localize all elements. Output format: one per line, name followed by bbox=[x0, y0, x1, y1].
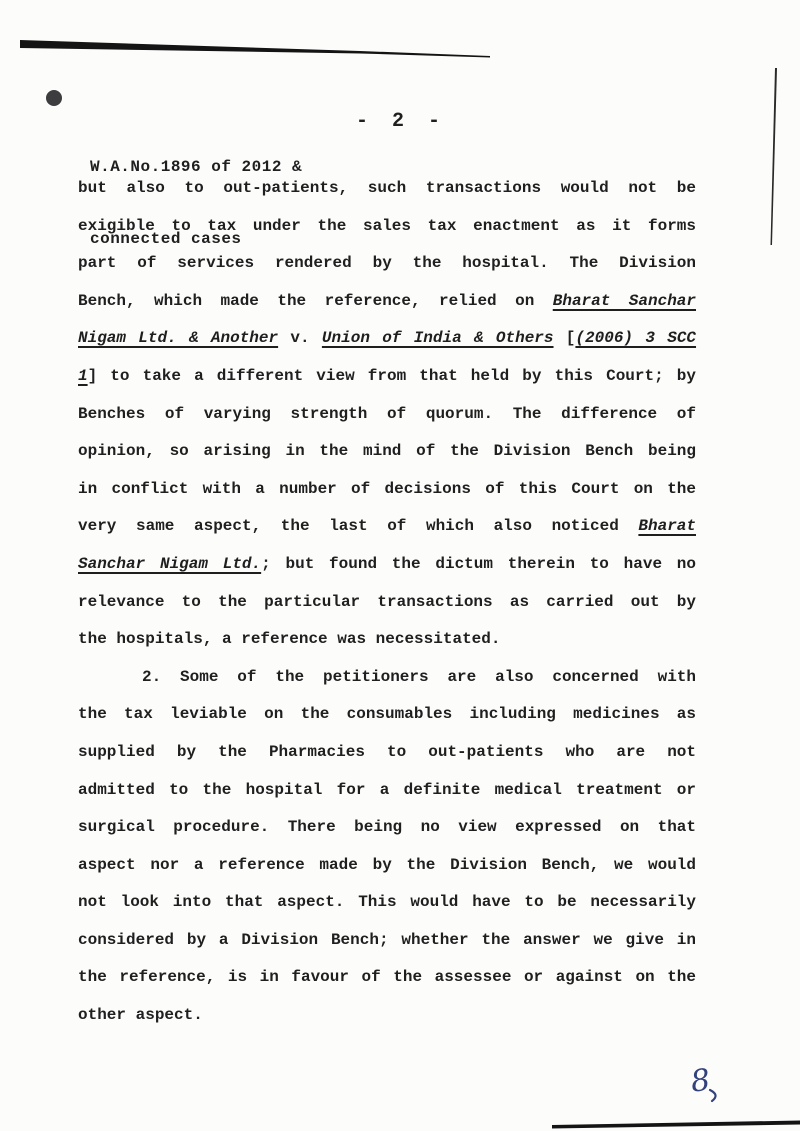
case-citation: Sanchar Nigam Ltd. bbox=[78, 555, 261, 573]
top-scan-bar-artifact bbox=[20, 40, 490, 58]
scanned-document-page: W.A.No.1896 of 2012 & connected cases - … bbox=[0, 0, 800, 1131]
text-line: not look into that aspect. This would ha… bbox=[78, 884, 696, 922]
case-citation: 1 bbox=[78, 367, 88, 385]
text-segment: opinion, so arising in the mind of the D… bbox=[78, 442, 696, 460]
text-line: the hospitals, a reference was necessita… bbox=[78, 621, 696, 659]
text-line: very same aspect, the last of which also… bbox=[78, 508, 696, 546]
text-segment: ; but found the dictum therein to have n… bbox=[261, 555, 696, 573]
text-line: other aspect. bbox=[78, 997, 696, 1035]
text-line: but also to out-patients, such transacti… bbox=[78, 170, 696, 208]
text-segment: exigible to tax under the sales tax enac… bbox=[78, 217, 696, 235]
text-segment: the reference, is in favour of the asses… bbox=[78, 968, 696, 986]
text-line: Benches of varying strength of quorum. T… bbox=[78, 396, 696, 434]
right-scan-line-artifact bbox=[771, 68, 778, 245]
text-segment: Bench, which made the reference, relied … bbox=[78, 292, 553, 310]
document-text-body: but also to out-patients, such transacti… bbox=[78, 170, 696, 1035]
text-line: exigible to tax under the sales tax enac… bbox=[78, 208, 696, 246]
text-line: Bench, which made the reference, relied … bbox=[78, 283, 696, 321]
text-segment: but also to out-patients, such transacti… bbox=[78, 179, 696, 197]
case-citation: (2006) 3 SCC bbox=[575, 329, 696, 347]
text-line: 1] to take a different view from that he… bbox=[78, 358, 696, 396]
text-line: 2. Some of the petitioners are also conc… bbox=[78, 659, 696, 697]
text-segment: very same aspect, the last of which also… bbox=[78, 517, 638, 535]
text-line: in conflict with a number of decisions o… bbox=[78, 471, 696, 509]
case-citation: Union of India & Others bbox=[322, 329, 554, 347]
case-citation: Nigam Ltd. & Another bbox=[78, 329, 278, 347]
text-segment: admitted to the hospital for a definite … bbox=[78, 781, 696, 799]
text-line: the reference, is in favour of the asses… bbox=[78, 959, 696, 997]
bottom-scan-bar-artifact bbox=[552, 1121, 800, 1129]
text-line: part of services rendered by the hospita… bbox=[78, 245, 696, 283]
text-segment: in conflict with a number of decisions o… bbox=[78, 480, 696, 498]
handwritten-eight-glyph: 8 bbox=[684, 1058, 732, 1106]
text-segment: aspect nor a reference made by the Divis… bbox=[78, 856, 696, 874]
text-segment: the tax leviable on the consumables incl… bbox=[78, 705, 696, 723]
svg-text:8: 8 bbox=[689, 1063, 712, 1100]
text-line: admitted to the hospital for a definite … bbox=[78, 772, 696, 810]
text-line: relevance to the particular transactions… bbox=[78, 584, 696, 622]
text-segment: surgical procedure. There being no view … bbox=[78, 818, 696, 836]
text-segment: part of services rendered by the hospita… bbox=[78, 254, 696, 272]
text-segment: 2. Some of the petitioners are also conc… bbox=[142, 668, 696, 686]
text-line: considered by a Division Bench; whether … bbox=[78, 922, 696, 960]
text-segment: relevance to the particular transactions… bbox=[78, 593, 696, 611]
handwritten-page-mark: 8 bbox=[684, 1058, 732, 1106]
text-line: opinion, so arising in the mind of the D… bbox=[78, 433, 696, 471]
case-citation: Bharat Sanchar bbox=[553, 292, 696, 310]
text-line: Nigam Ltd. & Another v. Union of India &… bbox=[78, 320, 696, 358]
text-segment: supplied by the Pharmacies to out-patien… bbox=[78, 743, 696, 761]
hole-punch-mark bbox=[46, 90, 62, 106]
text-segment: considered by a Division Bench; whether … bbox=[78, 931, 696, 949]
text-segment: not look into that aspect. This would ha… bbox=[78, 893, 696, 911]
text-line: Sanchar Nigam Ltd.; but found the dictum… bbox=[78, 546, 696, 584]
text-segment: v. bbox=[278, 329, 322, 347]
page-number: - 2 - bbox=[356, 110, 446, 133]
text-segment: the hospitals, a reference was necessita… bbox=[78, 630, 500, 648]
text-line: the tax leviable on the consumables incl… bbox=[78, 696, 696, 734]
text-segment: [ bbox=[554, 329, 576, 347]
text-segment: Benches of varying strength of quorum. T… bbox=[78, 405, 696, 423]
text-segment: ] to take a different view from that hel… bbox=[88, 367, 696, 385]
text-line: surgical procedure. There being no view … bbox=[78, 809, 696, 847]
text-segment: other aspect. bbox=[78, 1006, 203, 1024]
text-line: supplied by the Pharmacies to out-patien… bbox=[78, 734, 696, 772]
text-line: aspect nor a reference made by the Divis… bbox=[78, 847, 696, 885]
case-citation: Bharat bbox=[638, 517, 696, 535]
